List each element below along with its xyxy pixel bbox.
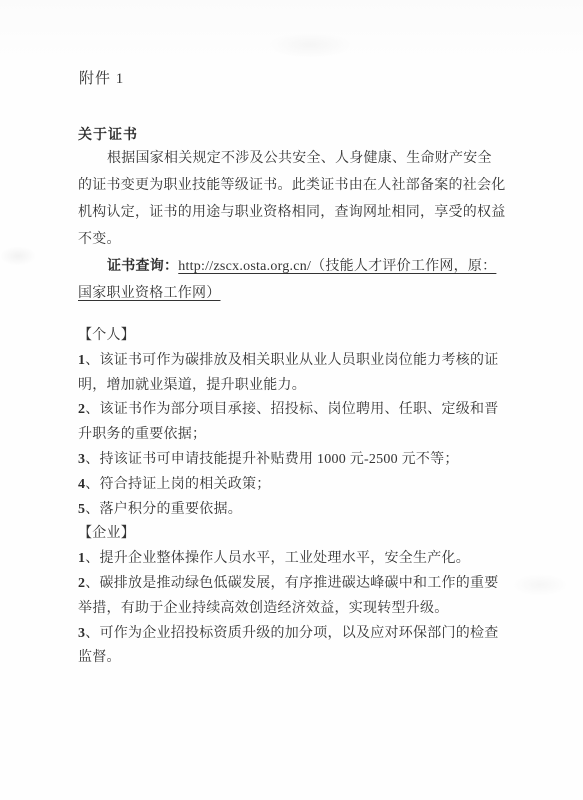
scanned-document-page: 附件 1 关于证书 根据国家相关规定不涉及公共安全、人身健康、生命财产安全的证书…: [0, 0, 583, 800]
text-line: 国家职业资格工作网）: [78, 280, 508, 307]
personal-section-label: 【个人】: [78, 328, 135, 343]
text-run: 、碳排放是推动绿色低碳发展，有序推进碳达峰碳中和工作的重要: [85, 576, 498, 591]
text-line: 监督。: [78, 646, 510, 671]
text-line: 不变。: [78, 226, 508, 253]
text-line: 明，增加就业渠道，提升职业能力。: [78, 374, 510, 399]
certificate-query-url: 国家职业资格工作网）: [78, 286, 221, 301]
text-run: 、持该证书可申请技能提升补贴费用 1000 元-2500 元不等；: [85, 452, 458, 467]
text-line: 1、该证书可作为碳排放及相关职业从业人员职业岗位能力考核的证: [78, 349, 510, 374]
text-run: 根据国家相关规定不涉及公共安全、人身健康、生命财产安全: [107, 151, 492, 166]
text-line: 升职务的重要依据；: [78, 423, 510, 448]
text-run: 、提升企业整体操作人员水平，工业处理水平，安全生产化。: [85, 551, 470, 566]
text-run: 升职务的重要依据；: [78, 427, 206, 442]
text-line: 2、该证书作为部分项目承接、招投标、岗位聘用、任职、定级和晋: [78, 398, 510, 423]
section-heading: 关于证书: [78, 124, 138, 144]
text-line: 举措，有助于企业持续高效创造经济效益，实现转型升级。: [78, 597, 510, 622]
text-run: 、该证书可作为碳排放及相关职业从业人员职业岗位能力考核的证: [85, 353, 498, 368]
enterprise-section-label: 【企业】: [78, 526, 135, 541]
attachment-label: 附件 1: [79, 67, 124, 88]
text-line: 4、符合持证上岗的相关政策；: [78, 473, 510, 498]
text-line: 3、可作为企业招投标资质升级的加分项，以及应对环保部门的检查: [78, 622, 510, 647]
text-run: 、该证书作为部分项目承接、招投标、岗位聘用、任职、定级和晋: [85, 402, 498, 417]
benefits-list: 【个人】1、该证书可作为碳排放及相关职业从业人员职业岗位能力考核的证明，增加就业…: [78, 324, 510, 671]
text-line: 根据国家相关规定不涉及公共安全、人身健康、生命财产安全: [78, 145, 508, 172]
text-run: 的证书变更为职业技能等级证书。此类证书由在人社部备案的社会化: [78, 178, 506, 193]
text-line: 5、落户积分的重要依据。: [78, 498, 510, 523]
intro-paragraph: 根据国家相关规定不涉及公共安全、人身健康、生命财产安全的证书变更为职业技能等级证…: [78, 145, 508, 307]
text-run: 监督。: [78, 650, 121, 665]
certificate-query-url: http://zscx.osta.org.cn/（技能人才评价工作网，原：: [178, 259, 496, 274]
text-run: 、符合持证上岗的相关政策；: [85, 477, 270, 492]
text-run: 机构认定，证书的用途与职业资格相同，查询网址相同，享受的权益: [78, 205, 506, 220]
text-line: 【企业】: [78, 522, 510, 547]
text-run: 明，增加就业渠道，提升职业能力。: [78, 378, 306, 393]
text-line: 【个人】: [78, 324, 510, 349]
text-run: 不变。: [78, 232, 121, 247]
text-line: 的证书变更为职业技能等级证书。此类证书由在人社部备案的社会化: [78, 172, 508, 199]
text-line: 机构认定，证书的用途与职业资格相同，查询网址相同，享受的权益: [78, 199, 508, 226]
certificate-query-label: 证书查询：: [107, 259, 178, 274]
text-line: 证书查询：http://zscx.osta.org.cn/（技能人才评价工作网，…: [78, 253, 508, 280]
text-line: 2、碳排放是推动绿色低碳发展，有序推进碳达峰碳中和工作的重要: [78, 572, 510, 597]
text-run: 、可作为企业招投标资质升级的加分项，以及应对环保部门的检查: [85, 626, 498, 641]
text-line: 1、提升企业整体操作人员水平，工业处理水平，安全生产化。: [78, 547, 510, 572]
text-line: 3、持该证书可申请技能提升补贴费用 1000 元-2500 元不等；: [78, 448, 510, 473]
text-run: 、落户积分的重要依据。: [85, 502, 242, 517]
text-run: 举措，有助于企业持续高效创造经济效益，实现转型升级。: [78, 601, 449, 616]
